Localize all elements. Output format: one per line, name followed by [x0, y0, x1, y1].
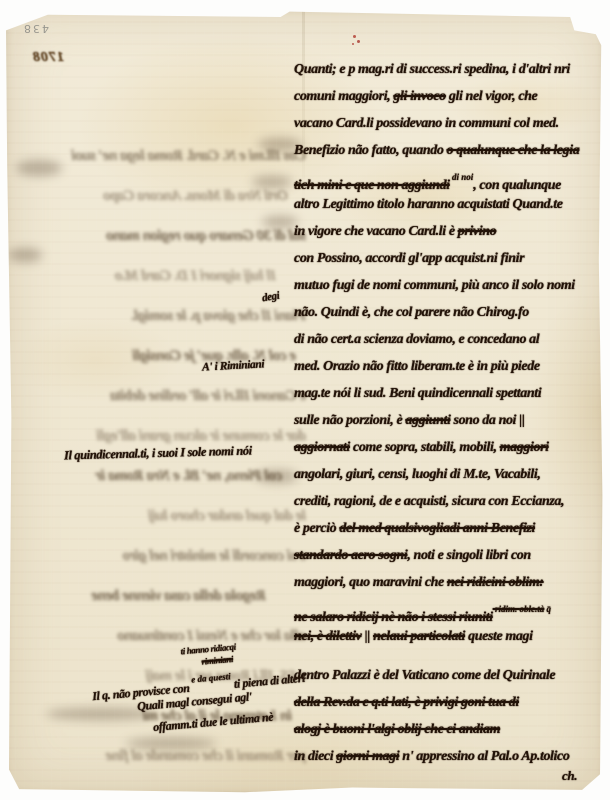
manuscript-text-segment: maggiori: [500, 440, 549, 455]
manuscript-text-segment: não. Quindi è, che col parere não Chirog…: [294, 305, 529, 320]
manuscript-line: med. Orazio não fitto liberam.te è in pi…: [294, 353, 603, 380]
manuscript-text-segment: ridim. oble.tà: [493, 604, 545, 614]
manuscript-text-segment: n' appressino al Pal.o Ap.tolico: [399, 749, 569, 764]
manuscript-text-segment: di não cert.a scienza doviamo, e conceda…: [294, 332, 539, 347]
manuscript-line: in dieci giorni magi n' appressino al Pa…: [294, 743, 603, 770]
manuscript-text-segment: sulle não porzioni, è: [294, 413, 405, 428]
manuscript-line: della Rev.da e q.ti lati, è privigi goni…: [294, 689, 603, 716]
manuscript-line: è perciò del med qualsivogliadi anni Ben…: [294, 515, 603, 542]
manuscript-text-segment: gli invoco: [393, 89, 445, 104]
manuscript-line: in vigore che vacano Card.li è privino: [294, 218, 603, 245]
manuscript-line: mutuo fugi de nomi communi, più anco il …: [294, 272, 603, 299]
manuscript-text-segment: giorni magi: [336, 749, 399, 764]
manuscript-text-segment: standardo aero sogni: [294, 548, 407, 563]
manuscript-line: não. Quindi è, che col parere não Chirog…: [294, 299, 603, 326]
manuscript-text-segment: vacano Card.li possidevano in communi co…: [294, 116, 559, 131]
ink-smudge: [126, 738, 216, 749]
manuscript-line: dentro Palazzi è del Vaticano come del Q…: [294, 662, 603, 689]
manuscript-text-segment: crediti, ragioni, de e acquisti, sicura …: [294, 494, 564, 509]
red-speck: [353, 35, 356, 38]
manuscript-text-segment: mag.te nói li sud. Beni quindicennali sp…: [294, 386, 541, 401]
bleedthrough-line: Orti Nra di Mons. Ancora Capo: [14, 176, 288, 216]
manuscript-text-segment: q̄: [544, 604, 551, 614]
bleedthrough-date: 1708: [32, 50, 64, 66]
manuscript-text-segment: o qualunque che la legia: [447, 143, 580, 158]
bleedthrough-line: col Pieno, ne' Bl. e Nra Roma ir: [14, 456, 282, 496]
manuscript-line: crediti, ragioni, de e acquisti, sicura …: [294, 488, 603, 515]
manuscript-text-segment: nei, è dilettiv: [294, 629, 361, 644]
manuscript-line: mag.te nói li sud. Beni quindicennali sp…: [294, 380, 603, 407]
red-speck: [357, 40, 360, 43]
manuscript-text-segment: di noi: [450, 172, 474, 182]
manuscript-line: con Possino, accordi gl'app acquist.ni f…: [294, 245, 603, 272]
manuscript-text-segment: queste magi: [465, 629, 533, 644]
paper-crease: [302, 10, 305, 210]
bleedthrough-line: e Canoni Ill.ri ir all' ordine debita: [14, 376, 306, 416]
manuscript-text-segment: sono da noi ||: [450, 413, 524, 428]
archival-number: 438: [22, 22, 49, 35]
main-text-block: Quanti; e p mag.ri di success.ri spedina…: [294, 56, 603, 770]
manuscript-text-segment: comuni maggiori,: [294, 89, 393, 104]
manuscript-text-segment: del med qualsivogliadi anni Benefizi: [339, 521, 535, 536]
manuscript-line: maggiori, quo maravini che nei ridicini …: [294, 569, 603, 596]
bottom-annotation-block: ti hanno ridiacqiriminianiIl q. não prov…: [88, 635, 308, 743]
ink-smudge: [256, 470, 298, 483]
manuscript-page: Cos Ill.mi e N. Card. Roma lega ne' suoi…: [6, 10, 603, 793]
bleedthrough-line: le dal quel andar choro luij: [14, 496, 306, 536]
manuscript-text-segment: Benefizio não fatto, quando: [294, 143, 447, 158]
red-speck: [352, 43, 354, 45]
manuscript-text-segment: angolari, giuri, censi, luoghi di M.te, …: [294, 467, 540, 482]
manuscript-text-segment: è perciò: [294, 521, 339, 536]
ink-smudge: [16, 160, 62, 176]
ink-smudge: [252, 176, 292, 188]
manuscript-text-segment: , noti e singoli libri con: [407, 548, 530, 563]
manuscript-text-segment: con Possino, accordi gl'app acquist.ni f…: [294, 251, 524, 266]
manuscript-text-segment: nei ridicini oblim:: [447, 575, 544, 590]
bleedthrough-line: Il luij signori I D. Card M.o: [14, 256, 276, 296]
manuscript-text-segment: gli nel vigor, che: [446, 89, 538, 104]
manuscript-text-segment: come sopra, stabili, mobili,: [350, 440, 500, 455]
manuscript-line: tich mini e que non aggiundi di noi, con…: [294, 164, 603, 191]
manuscript-line: altro Legittimo titolo haranno acquistat…: [294, 191, 603, 218]
manuscript-line: di não cert.a scienza doviamo, e conceda…: [294, 326, 603, 353]
manuscript-line: nei, è dilettiv || nelaui particolati qu…: [294, 623, 603, 650]
manuscript-text-segment: maggiori, quo maravini che: [294, 575, 447, 590]
manuscript-text-segment: in dieci: [294, 749, 336, 764]
manuscript-text-segment: della Rev.da e q.ti lati, è privigi goni…: [294, 695, 519, 710]
manuscript-text-segment: ||: [361, 629, 373, 644]
ink-smudge: [8, 248, 42, 262]
manuscript-text-segment: aggiunti: [405, 413, 450, 428]
manuscript-line: standardo aero sogni, noti e singoli lib…: [294, 542, 603, 569]
manuscript-text-segment: dentro Palazzi è del Vaticano come del Q…: [294, 668, 555, 683]
manuscript-line: sulle não porzioni, è aggiunti sono da n…: [294, 407, 603, 434]
bleedthrough-line: Regola della casa vienne bene: [14, 576, 266, 616]
scanned-manuscript: Cos Ill.mi e N. Card. Roma lega ne' suoi…: [0, 0, 610, 800]
manuscript-text-segment: Quanti; e p mag.ri di success.ri spedina…: [294, 62, 570, 77]
manuscript-line: angolari, giuri, censi, luoghi di M.te, …: [294, 461, 603, 488]
manuscript-line: comuni maggiori, gli invoco gli nel vigo…: [294, 83, 603, 110]
manuscript-text-segment: mutuo fugi de nomi communi, più anco il …: [294, 278, 575, 293]
red-speck: [516, 14, 518, 16]
manuscript-line: aggiornati come sopra, stabili, mobili, …: [294, 434, 603, 461]
manuscript-line: Quanti; e p mag.ri di success.ri spedina…: [294, 56, 603, 83]
bleedthrough-line: e si concordi le ministri nel giro: [14, 536, 306, 576]
manuscript-text-segment: aggiornati: [294, 440, 350, 455]
manuscript-text-segment: privino: [458, 224, 496, 239]
catchword: ch.: [562, 768, 577, 784]
manuscript-text-segment: alogj è buoni l'algi oblij che ci andiam: [294, 722, 500, 737]
ink-smudge: [262, 216, 298, 228]
manuscript-line: Benefizio não fatto, quando o qualunque …: [294, 137, 603, 164]
manuscript-line: vacano Card.li possidevano in communi co…: [294, 110, 603, 137]
manuscript-text-segment: in vigore che vacano Card.li è: [294, 224, 458, 239]
manuscript-text-segment: altro Legittimo titolo haranno acquistat…: [294, 197, 563, 212]
manuscript-text-segment: nelaui particolati: [373, 629, 465, 644]
manuscript-line: ne salaro ridicij nè não i stessi riunit…: [294, 596, 603, 623]
manuscript-line: alogj è buoni l'algi oblij che ci andiam: [294, 716, 603, 743]
manuscript-text-segment: e da questi: [191, 671, 231, 684]
manuscript-text-segment: med. Orazio não fitto liberam.te è in pi…: [294, 359, 540, 374]
